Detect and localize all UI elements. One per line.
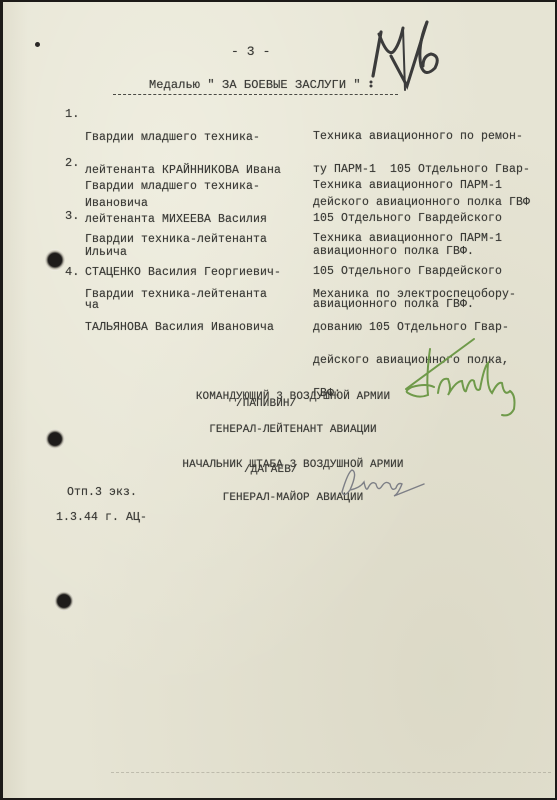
award-heading: Медалью " ЗА БОЕВЫЕ ЗАСЛУГИ " xyxy=(149,80,361,91)
page-number: - 3 - xyxy=(231,46,271,57)
paper-speck xyxy=(35,42,40,47)
person-line: ТАЛЬЯНОВА Василия Ивановича xyxy=(85,322,305,333)
position-line: Техника авиационного по ремон- xyxy=(313,131,553,142)
signature-gray xyxy=(338,462,428,502)
signature-green xyxy=(398,337,528,422)
punch-hole xyxy=(45,429,65,449)
person-line: Гвардии младшего техника- xyxy=(85,132,305,143)
position-line: Техника авиационного ПАРМ-1 xyxy=(313,180,553,191)
position-line: Механика по электроспецобору- xyxy=(313,289,553,300)
document-page: - 3 - Медалью " ЗА БОЕВЫЕ ЗАСЛУГИ " 1. Г… xyxy=(3,2,555,798)
title-line: ГЕНЕРАЛ-ЛЕЙТЕНАНТ АВИАЦИИ xyxy=(168,425,418,436)
date-reference: 1.3.44 г. АЦ- xyxy=(56,512,147,523)
position-line: дованию 105 Отдельного Гвар- xyxy=(313,322,553,333)
entry-number: 4. xyxy=(65,267,80,278)
faint-ruled-line xyxy=(111,772,551,773)
entry-number: 3. xyxy=(65,211,80,222)
entry-person: Гвардии техника-лейтенанта ТАЛЬЯНОВА Вас… xyxy=(85,267,305,355)
punch-hole xyxy=(45,249,65,271)
archive-sheet-number-handwritten xyxy=(365,16,451,96)
person-line: Гвардии младшего техника- xyxy=(85,181,305,192)
entry-number: 2. xyxy=(65,158,80,169)
person-line: Гвардии техника-лейтенанта xyxy=(85,289,305,300)
position-line: Техника авиационного ПАРМ-1 xyxy=(313,233,553,244)
signatory-name: /ПАПИВИН/ xyxy=(236,399,296,410)
entry-number: 1. xyxy=(65,109,80,120)
heading-underline xyxy=(113,94,398,95)
person-line: Гвардии техника-лейтенанта xyxy=(85,234,305,245)
signatory-name: /ДАГАЕВ/ xyxy=(244,465,298,476)
punch-hole xyxy=(54,591,74,611)
copies-note: Отп.3 экз. xyxy=(67,487,137,498)
